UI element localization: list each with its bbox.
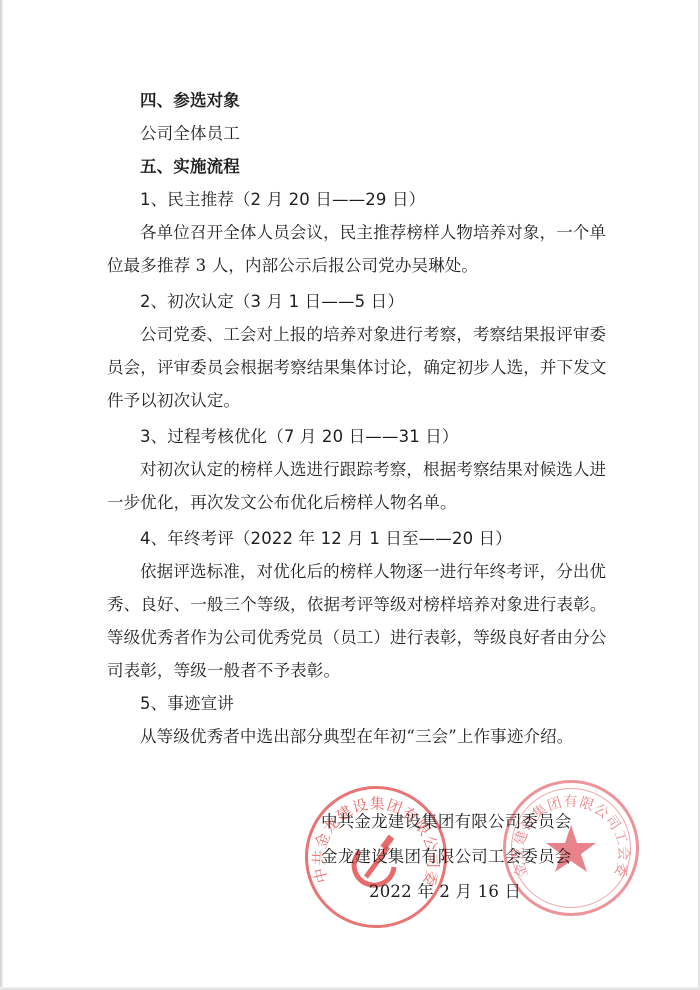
section-heading-participants: 四、参选对象: [107, 84, 597, 117]
step-3-line-1: 对初次认定的榜样人选进行跟踪考察，根据考察结果对候选人进: [107, 453, 597, 486]
step-title-5: 5、事迹宣讲: [107, 687, 597, 720]
step-title-2: 2、初次认定（3 月 1 日——5 日）: [107, 285, 597, 318]
step-title-4: 4、年终考评（2022 年 12 月 1 日至——20 日）: [107, 522, 597, 555]
step-3-line-2: 一步优化，再次发文公布优化后榜样人物名单。: [107, 486, 597, 519]
signature-date: 2022 年 2 月 16 日: [321, 874, 621, 909]
signature-block: 中共金龙建设集团有限公司委员会 金龙建设集团有限公司工会委员会 2022 年 2…: [321, 804, 621, 909]
step-1-line-2: 位最多推荐 3 人，内部公示后报公司党办吴琳处。: [107, 249, 597, 282]
signature-org-union: 金龙建设集团有限公司工会委员会: [321, 839, 621, 874]
document-body: 四、参选对象 公司全体员工 五、实施流程 1、民主推荐（2 月 20 日——29…: [107, 84, 597, 753]
step-4-line-4: 司表彰，等级一般者不予表彰。: [107, 654, 597, 687]
page-edge-left: [0, 0, 3, 990]
step-4-line-2: 秀、良好、一般三个等级，依据考评等级对榜样培养对象进行表彰。: [107, 588, 597, 621]
step-2-line-3: 件予以初次认定。: [107, 384, 597, 417]
step-2-line-1: 公司党委、工会对上报的培养对象进行考察，考察结果报评审委: [107, 318, 597, 351]
step-2-line-2: 员会，评审委员会根据考察结果集体讨论，确定初步人选，并下发文: [107, 351, 597, 384]
step-4-line-3: 等级优秀者作为公司优秀党员（员工）进行表彰，等级良好者由分公: [107, 621, 597, 654]
step-1-line-1: 各单位召开全体人员会议，民主推荐榜样人物培养对象，一个单: [107, 216, 597, 249]
section-heading-process: 五、实施流程: [107, 150, 597, 183]
signature-org-party: 中共金龙建设集团有限公司委员会: [321, 804, 621, 839]
section-body-participants: 公司全体员工: [107, 117, 597, 150]
step-title-1: 1、民主推荐（2 月 20 日——29 日）: [107, 183, 597, 216]
step-4-line-1: 依据评选标准，对优化后的榜样人物逐一进行年终考评，分出优: [107, 555, 597, 588]
step-5-line-1: 从等级优秀者中选出部分典型在年初“三会”上作事迹介绍。: [107, 720, 597, 753]
step-title-3: 3、过程考核优化（7 月 20 日——31 日）: [107, 420, 597, 453]
